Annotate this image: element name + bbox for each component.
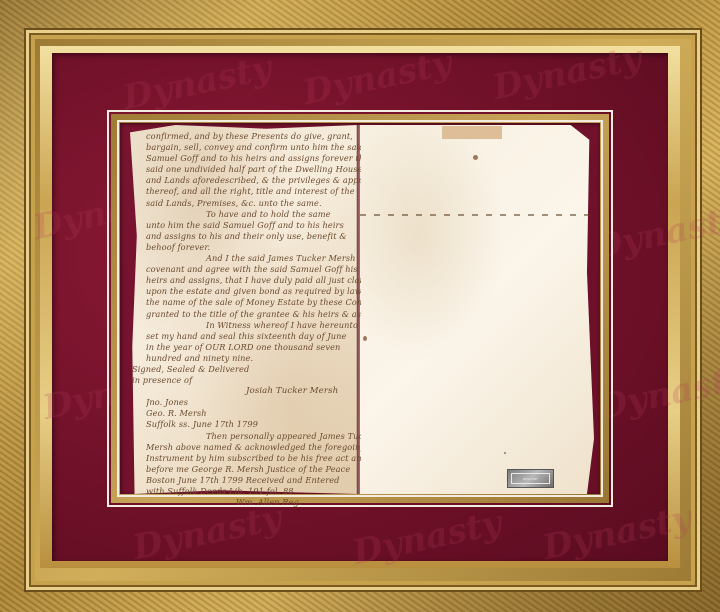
registry-stamp: REGISTRY (507, 469, 554, 488)
horizontal-fold (360, 214, 592, 216)
stamp-label: REGISTRY (511, 473, 550, 484)
document-right-page (360, 125, 594, 494)
stain-spot (363, 336, 367, 341)
watermark: Dynasty (119, 48, 275, 118)
handwritten-text: confirmed, and by these Presents do give… (146, 131, 361, 508)
stain-spot (473, 155, 478, 160)
hinge-tape (442, 126, 502, 139)
watermark: Dynasty (129, 498, 285, 568)
watermark: Dynasty (299, 43, 455, 113)
stain-spot (504, 452, 506, 454)
